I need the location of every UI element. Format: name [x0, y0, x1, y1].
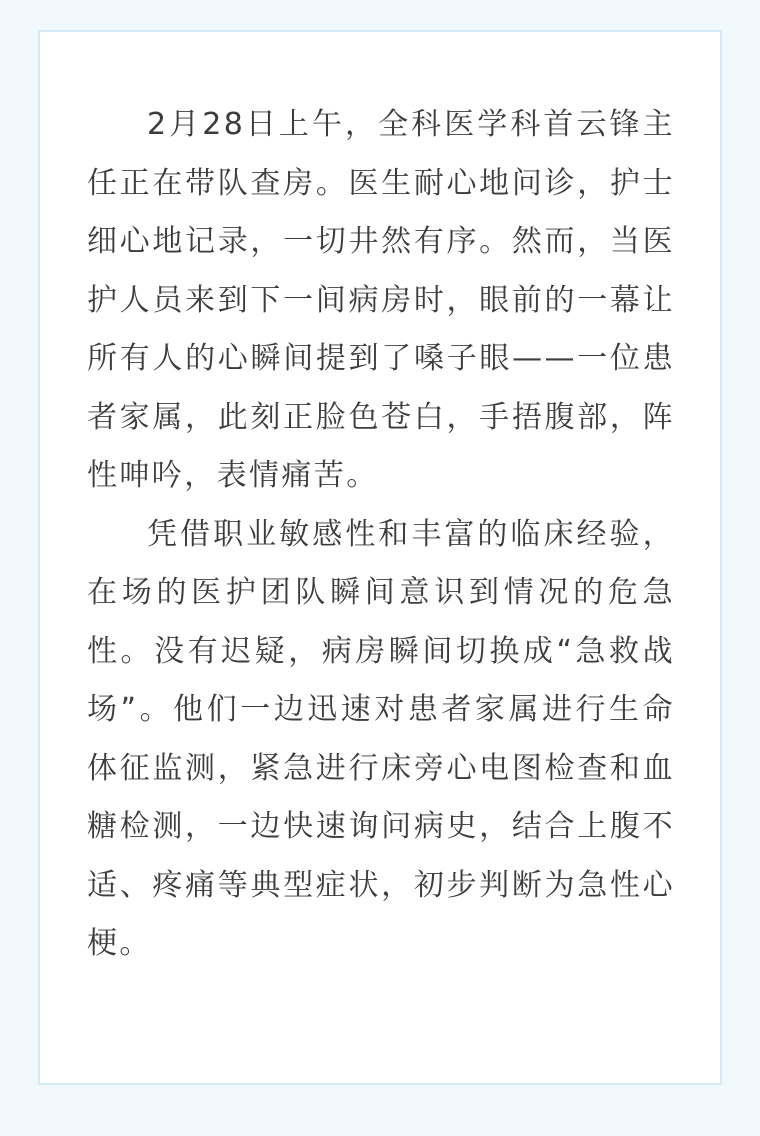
article-body: 2月28日上午，全科医学科首云锋主任正在带队查房。医生耐心地问诊，护士细心地记录… [87, 96, 675, 974]
paragraph-2: 凭借职业敏感性和丰富的临床经验，在场的医护团队瞬间意识到情况的危急性。没有迟疑，… [87, 506, 675, 974]
paragraph-1: 2月28日上午，全科医学科首云锋主任正在带队查房。医生耐心地问诊，护士细心地记录… [87, 96, 675, 506]
article-card: 2月28日上午，全科医学科首云锋主任正在带队查房。医生耐心地问诊，护士细心地记录… [38, 30, 722, 1085]
